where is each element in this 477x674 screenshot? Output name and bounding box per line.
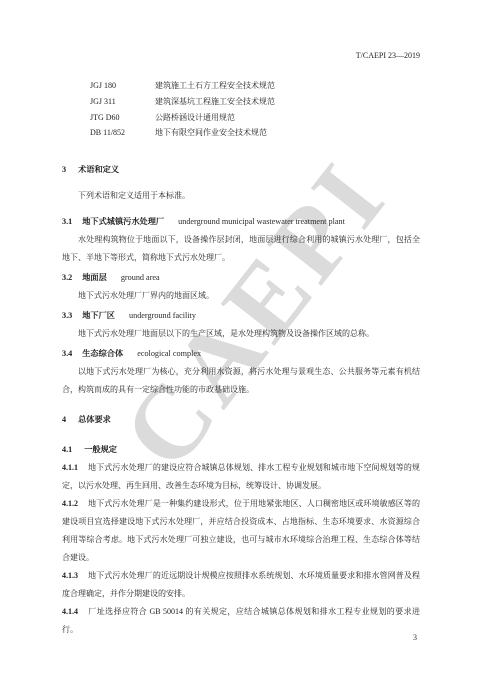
- term-number: 3.3: [62, 311, 72, 320]
- term-english: ecological complex: [137, 349, 201, 358]
- clause-4-1-2: 4.1.2地下式污水处理厂是一种集约建设形式，位于用地紧张地区、人口稠密地区或环…: [62, 495, 420, 567]
- section-4-1-title: 一般规定: [84, 445, 117, 454]
- reference-item: JGJ 311 建筑深基坑工程施工安全技术规范: [90, 94, 420, 110]
- section-3-heading: 3术语和定义: [62, 161, 420, 179]
- section-4-heading: 4总体要求: [62, 411, 420, 429]
- reference-code: DB 11/852: [90, 125, 155, 141]
- reference-item: DB 11/852 地下有限空间作业安全技术规范: [90, 125, 420, 141]
- document-page: CAEPI T/CAEPI 23—2019 JGJ 180 建筑施工土石方工程安…: [0, 0, 477, 674]
- term-3-4-definition: 以地下式污水处理厂为核心，充分利用水资源，将污水处理与景观生态、公共服务等元素有…: [62, 363, 420, 399]
- term-chinese: 地面层: [82, 273, 107, 282]
- section-3-number: 3: [62, 165, 66, 174]
- page-content: T/CAEPI 23—2019 JGJ 180 建筑施工土石方工程安全技术规范 …: [62, 50, 420, 639]
- term-3-1-heading: 3.1地下式城镇污水处理厂underground municipal waste…: [62, 213, 420, 231]
- reference-title: 建筑深基坑工程施工安全技术规范: [155, 94, 420, 110]
- reference-code: JTG D60: [90, 110, 155, 126]
- reference-title: 建筑施工土石方工程安全技术规范: [155, 78, 420, 94]
- reference-title: 公路桥涵设计通用规范: [155, 110, 420, 126]
- reference-item: JGJ 180 建筑施工土石方工程安全技术规范: [90, 78, 420, 94]
- term-number: 3.1: [62, 217, 72, 226]
- clause-4-1-4: 4.1.4厂址选择应符合 GB 50014 的有关规定，应结合城镇总体规划和排水…: [62, 603, 420, 639]
- normative-references-list: JGJ 180 建筑施工土石方工程安全技术规范 JGJ 311 建筑深基坑工程施…: [62, 78, 420, 141]
- term-chinese: 地下式城镇污水处理厂: [82, 217, 164, 226]
- term-number: 3.4: [62, 349, 72, 358]
- term-3-2-heading: 3.2地面层ground area: [62, 269, 420, 287]
- clause-number: 4.1.4: [62, 607, 78, 616]
- clause-number: 4.1.2: [62, 499, 78, 508]
- reference-code: JGJ 180: [90, 78, 155, 94]
- reference-item: JTG D60 公路桥涵设计通用规范: [90, 110, 420, 126]
- term-number: 3.2: [62, 273, 72, 282]
- clause-4-1-1: 4.1.1地下式污水处理厂的建设应符合城镇总体规划、排水工程专业规划和城市地下空…: [62, 459, 420, 495]
- reference-code: JGJ 311: [90, 94, 155, 110]
- clause-text: 地下式污水处理厂的近远期设计规模应按照排水系统规划、水环境质量要求和排水管网普及…: [62, 571, 420, 598]
- page-number: 3: [413, 633, 417, 642]
- section-4-1-heading: 4.1一般规定: [62, 441, 420, 459]
- section-3-title: 术语和定义: [78, 165, 119, 174]
- clause-4-1-3: 4.1.3地下式污水处理厂的近远期设计规模应按照排水系统规划、水环境质量要求和排…: [62, 567, 420, 603]
- section-4-title: 总体要求: [78, 415, 111, 424]
- term-3-3-heading: 3.3地下厂区underground facility: [62, 307, 420, 325]
- reference-title: 地下有限空间作业安全技术规范: [155, 125, 420, 141]
- section-4-1-number: 4.1: [62, 445, 72, 454]
- terms-intro: 下列术语和定义适用于本标准。: [62, 187, 420, 205]
- clause-number: 4.1.3: [62, 571, 78, 580]
- term-chinese: 生态综合体: [82, 349, 123, 358]
- term-3-2-definition: 地下式污水处理厂厂界内的地面区域。: [62, 287, 420, 305]
- section-4-number: 4: [62, 415, 66, 424]
- term-english: underground facility: [129, 311, 196, 320]
- clause-number: 4.1.1: [62, 463, 78, 472]
- term-chinese: 地下厂区: [82, 311, 115, 320]
- term-english: ground area: [121, 273, 160, 282]
- term-3-4-heading: 3.4生态综合体ecological complex: [62, 345, 420, 363]
- standard-number: T/CAEPI 23—2019: [356, 51, 420, 60]
- page-header: T/CAEPI 23—2019: [62, 50, 420, 62]
- clause-text: 地下式污水处理厂是一种集约建设形式，位于用地紧张地区、人口稠密地区或环境敏感区等…: [62, 499, 420, 562]
- clause-text: 厂址选择应符合 GB 50014 的有关规定，应结合城镇总体规划和排水工程专业规…: [62, 607, 420, 634]
- term-english: underground municipal wastewater treatme…: [178, 217, 345, 226]
- term-3-3-definition: 地下式污水处理厂地面层以下的生产区域，是水处理构筑物及设备操作区域的总称。: [62, 325, 420, 343]
- term-3-1-definition: 水处理构筑物位于地面以下，设备操作层封闭，地面层进行综合利用的城镇污水处理厂，包…: [62, 231, 420, 267]
- clause-text: 地下式污水处理厂的建设应符合城镇总体规划、排水工程专业规划和城市地下空间规划等的…: [62, 463, 420, 490]
